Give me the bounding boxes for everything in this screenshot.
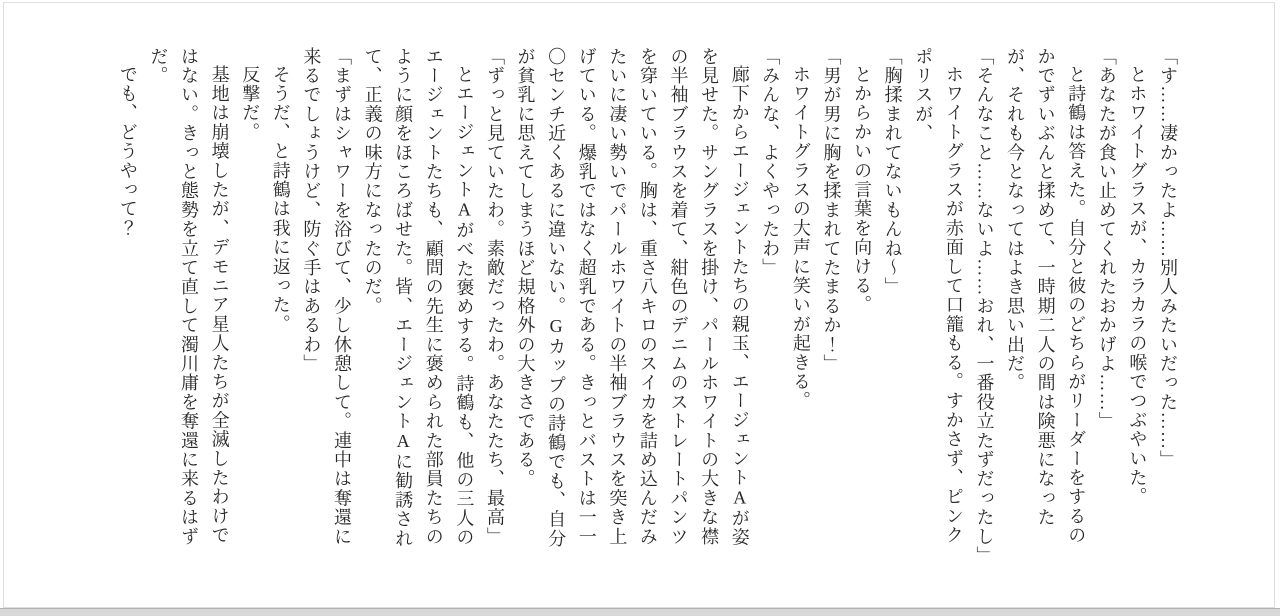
- text-line: 「す……凄かったよ……別人みたいだった……」: [1152, 47, 1183, 571]
- text-line: かでずいぶんと揉めて、一時期二人の間は険悪になった: [1030, 47, 1061, 571]
- text-line: と詩鶴は答えた。自分と彼のどちらがリーダーをするの: [1061, 47, 1092, 571]
- text-line: 「そんなこと……ないよ……おれ、一番役立たずだったし」: [969, 47, 1000, 571]
- text-line: ポリスが、: [908, 47, 939, 571]
- text-line: はない。きっと態勢を立て直して濁川庸を奪還に来るはず: [173, 47, 204, 571]
- latin-char: A: [393, 431, 413, 452]
- text-line: ホワイトグラスの大声に笑いが起きる。: [785, 47, 816, 571]
- text-line: 「まずはシャワーを浴びて、少し休憩して。連中は奪還に: [326, 47, 357, 571]
- novel-page: 「す……凄かったよ……別人みたいだった……」とホワイトグラスが、カラカラの喉でつ…: [0, 0, 1280, 616]
- novel-text-block: 「す……凄かったよ……別人みたいだった……」とホワイトグラスが、カラカラの喉でつ…: [112, 47, 1183, 571]
- text-line: エージェントたちも、顧問の先生に褒められた部員たちの: [418, 47, 449, 571]
- text-line: の半袖ブラウスを着て、紺色のデニムのストレートパンツ: [663, 47, 694, 571]
- text-line: ホワイトグラスが赤面して口籠もる。すかさず、ピンク: [938, 47, 969, 571]
- text-line: 廊下からエージェントたちの親玉、エージェントAが姿: [724, 47, 755, 571]
- text-line: を見せた。サングラスを掛け、パールホワイトの大きな襟: [694, 47, 725, 571]
- text-line: が貧乳に思えてしまうほど規格外の大きさである。: [510, 47, 541, 571]
- text-line: だ。: [143, 47, 174, 571]
- text-line: 「男が男に胸を揉まれてたまるか！」: [816, 47, 847, 571]
- text-line: 「胸揉まれてないもんね〜」: [877, 47, 908, 571]
- text-line: とホワイトグラスが、カラカラの喉でつぶやいた。: [1122, 47, 1153, 571]
- text-line: を穿いている。胸は、重さ八キロのスイカを詰め込んだみ: [632, 47, 663, 571]
- latin-char: G: [546, 316, 566, 337]
- latin-char: A: [454, 199, 474, 220]
- text-line: 〇センチ近くあるに違いない。Gカップの詩鶴でも、自分: [541, 47, 572, 571]
- text-line: 基地は崩壊したが、デモニア星人たちが全滅したわけで: [204, 47, 235, 571]
- text-line: が、それも今となってはよき思い出だ。: [999, 47, 1030, 571]
- text-line: 「ずっと見ていたわ。素敵だったわ。あなたたち、最高」: [479, 47, 510, 571]
- text-line: 来るでしょうけど、防ぐ手はあるわ」: [296, 47, 327, 571]
- text-line: 反撃だ。: [235, 47, 266, 571]
- text-line: たいに凄い勢いでパールホワイトの半袖ブラウスを突き上: [602, 47, 633, 571]
- latin-char: A: [730, 487, 750, 508]
- text-line: 「あなたが食い止めてくれたおかげよ……」: [1091, 47, 1122, 571]
- text-line: げている。爆乳ではなく超乳である。きっとバストは一一: [571, 47, 602, 571]
- bottom-edge-shadow: [0, 609, 1280, 616]
- text-line: ように顔をほころばせた。皆、エージェントAに勧誘され: [388, 47, 419, 571]
- text-line: とエージェントAがべた褒めする。詩鶴も、他の三人の: [449, 47, 480, 571]
- text-line: そうだ、と詩鶴は我に返った。: [265, 47, 296, 571]
- text-line: て、正義の味方になったのだ。: [357, 47, 388, 571]
- text-line: 「みんな、よくやったわ」: [755, 47, 786, 571]
- text-line: とからかいの言葉を向ける。: [846, 47, 877, 571]
- text-line: でも、どうやって？: [112, 47, 143, 571]
